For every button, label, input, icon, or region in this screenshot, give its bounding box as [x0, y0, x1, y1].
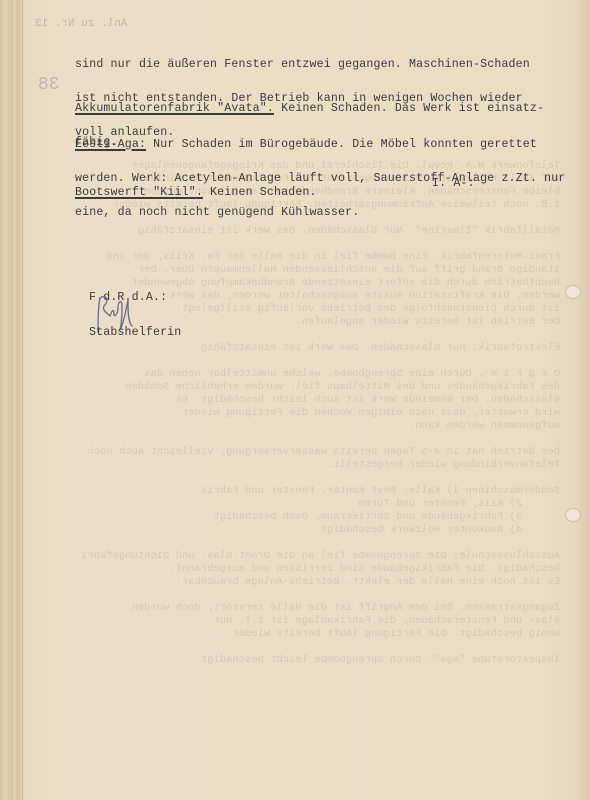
punch-hole [565, 285, 581, 299]
bleed-through-text: Telefonwerk N.A. Reval. Die Tischlerei u… [80, 160, 560, 800]
signature-title: Stabshelferin [89, 327, 181, 338]
punch-hole [565, 508, 581, 522]
company-heading: Bootswerft "Kiil". [75, 186, 203, 199]
ia-mark: I. A-: [432, 178, 475, 189]
paragraph-kiil: Bootswerft "Kiil". Keinen Schaden. [75, 164, 317, 221]
text-line: Keinen Schaden. Das Werk ist einsatz- [274, 102, 544, 115]
binder-edge [22, 0, 23, 800]
margin-annotation: Anl. zu Nr. 13 [35, 18, 127, 30]
binder-edge [12, 0, 13, 800]
bleed-page-number: 38 [38, 75, 60, 95]
text-line: sind nur die äußeren Fenster entzwei geg… [75, 59, 530, 70]
document-page: Anl. zu Nr. 13 38 Telefonwerk N.A. Reval… [0, 0, 589, 800]
text-line: Keinen Schaden. [203, 186, 317, 199]
company-heading: Akkumulatorenfabrik "Avata". [75, 102, 274, 115]
company-heading: Eesti-Aga: [75, 138, 146, 151]
text-line: Nur Schaden im Bürogebäude. Die Möbel ko… [146, 138, 537, 151]
